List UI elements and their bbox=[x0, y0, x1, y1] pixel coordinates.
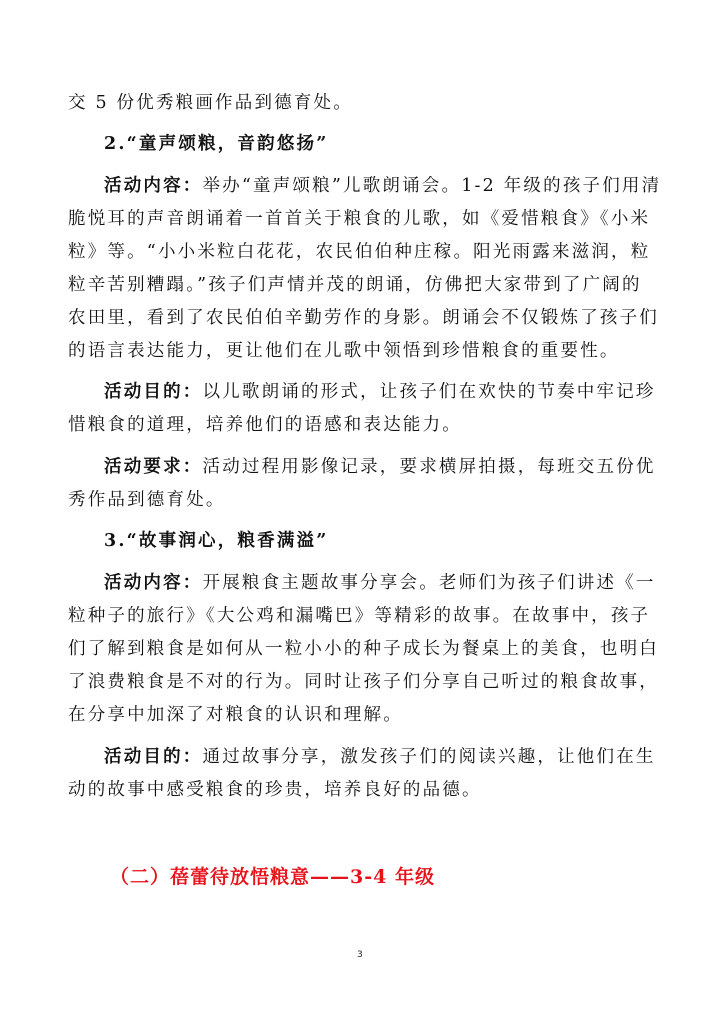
paragraph-line: 动的故事中感受粮食的珍贵，培养良好的品德。 bbox=[68, 778, 668, 802]
line-text: 以儿歌朗诵的形式，让孩子们在欢快的节奏中牢记珍 bbox=[203, 382, 656, 402]
field-label: 活动内容： bbox=[104, 176, 203, 196]
subsection-title-2: 2.“童声颂粮，音韵悠扬” bbox=[104, 132, 704, 156]
field-label: 活动要求： bbox=[104, 457, 203, 477]
line-text: 举办“童声颂粮”儿歌朗诵会。1-2 年级的孩子们用清 bbox=[203, 176, 662, 196]
subsection-title-3: 3.“故事润心，粮香满溢” bbox=[104, 529, 704, 553]
paragraph-line: 活动要求：活动过程用影像记录，要求横屏拍摄，每班交五份优 bbox=[104, 455, 704, 479]
paragraph-line: 的语言表达能力，更让他们在儿歌中领悟到珍惜粮食的重要性。 bbox=[68, 339, 668, 363]
line-text: 交 5 份优秀粮画作品到德育处。 bbox=[68, 93, 353, 113]
paragraph-line: 了浪费粮食是不对的行为。同时让孩子们分享自己听过的粮食故事， bbox=[68, 670, 668, 694]
line-text: 秀作品到德育处。 bbox=[68, 490, 226, 510]
paragraph-line: 活动目的：以儿歌朗诵的形式，让孩子们在欢快的节奏中牢记珍 bbox=[104, 380, 704, 404]
line-text: 在分享中加深了对粮食的认识和理解。 bbox=[68, 705, 403, 725]
page-number: 3 bbox=[357, 950, 363, 960]
line-text: 3.“故事润心，粮香满溢” bbox=[104, 531, 329, 551]
document-page: 交 5 份优秀粮画作品到德育处。 2.“童声颂粮，音韵悠扬” 活动内容：举办“童… bbox=[0, 0, 724, 1024]
line-text: 活动过程用影像记录，要求横屏拍摄，每班交五份优 bbox=[203, 457, 656, 477]
line-text: 惜粮食的道理，培养他们的语感和表达能力。 bbox=[68, 415, 462, 435]
line-text: 粒种子的旅行》《大公鸡和漏嘴巴》等精彩的故事。在故事中，孩子 bbox=[68, 606, 650, 626]
paragraph-line: 农田里，看到了农民伯伯辛勤劳作的身影。朗诵会不仅锻炼了孩子们 bbox=[68, 306, 668, 330]
paragraph-line: 们了解到粮食是如何从一粒小小的种子成长为餐桌上的美食，也明白 bbox=[68, 637, 668, 661]
line-text: 开展粮食主题故事分享会。老师们为孩子们讲述《一 bbox=[203, 573, 656, 593]
line-text: 动的故事中感受粮食的珍贵，培养良好的品德。 bbox=[68, 780, 482, 800]
paragraph-line: 活动目的：通过故事分享，激发孩子们的阅读兴趣，让他们在生 bbox=[104, 745, 704, 769]
line-text: 的语言表达能力，更让他们在儿歌中领悟到珍惜粮食的重要性。 bbox=[68, 341, 620, 361]
line-text: 农田里，看到了农民伯伯辛勤劳作的身影。朗诵会不仅锻炼了孩子们 bbox=[68, 308, 659, 328]
paragraph-line: 脆悦耳的声音朗诵着一首首关于粮食的儿歌，如《爱惜粮食》《小米 bbox=[68, 207, 668, 231]
paragraph-line: 惜粮食的道理，培养他们的语感和表达能力。 bbox=[68, 413, 668, 437]
paragraph-line: 活动内容：开展粮食主题故事分享会。老师们为孩子们讲述《一 bbox=[104, 571, 704, 595]
field-label: 活动内容： bbox=[104, 573, 203, 593]
line-text: 们了解到粮食是如何从一粒小小的种子成长为餐桌上的美食，也明白 bbox=[68, 639, 659, 659]
paragraph-line: 粒》等。“小小米粒白花花，农民伯伯种庄稼。阳光雨露来滋润，粒 bbox=[68, 240, 668, 264]
section-heading: （二）蓓蕾待放悟粮意——3-4 年级 bbox=[110, 862, 435, 889]
line-text: 了浪费粮食是不对的行为。同时让孩子们分享自己听过的粮食故事， bbox=[68, 672, 659, 692]
field-label: 活动目的： bbox=[104, 382, 203, 402]
paragraph-line: 粒种子的旅行》《大公鸡和漏嘴巴》等精彩的故事。在故事中，孩子 bbox=[68, 604, 668, 628]
field-label: 活动目的： bbox=[104, 747, 203, 767]
paragraph-line: 粒辛苦别糟蹋。”孩子们声情并茂的朗诵，仿佛把大家带到了广阔的 bbox=[68, 273, 668, 297]
paragraph-line: 在分享中加深了对粮食的认识和理解。 bbox=[68, 703, 668, 727]
line-text: 2.“童声颂粮，音韵悠扬” bbox=[104, 134, 329, 154]
paragraph-line: 活动内容：举办“童声颂粮”儿歌朗诵会。1-2 年级的孩子们用清 bbox=[104, 174, 704, 198]
line-text: 脆悦耳的声音朗诵着一首首关于粮食的儿歌，如《爱惜粮食》《小米 bbox=[68, 209, 650, 229]
paragraph-line: 交 5 份优秀粮画作品到德育处。 bbox=[68, 91, 668, 115]
line-text: 粒辛苦别糟蹋。”孩子们声情并茂的朗诵，仿佛把大家带到了广阔的 bbox=[68, 275, 642, 295]
line-text: 通过故事分享，激发孩子们的阅读兴趣，让他们在生 bbox=[203, 747, 656, 767]
paragraph-line: 秀作品到德育处。 bbox=[68, 488, 668, 512]
line-text: 粒》等。“小小米粒白花花，农民伯伯种庄稼。阳光雨露来滋润，粒 bbox=[68, 242, 650, 262]
